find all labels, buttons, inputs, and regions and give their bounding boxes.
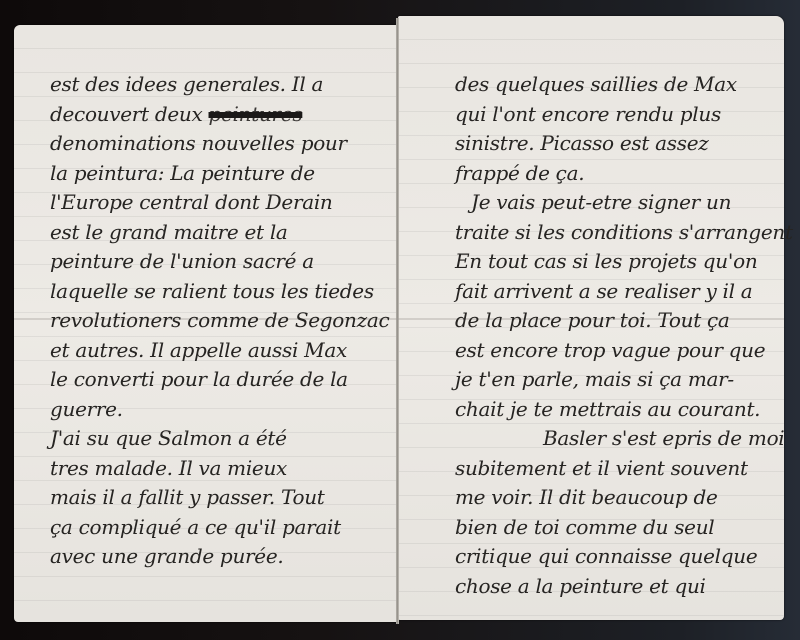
- handwritten-line: tres malade. Il va mieux: [50, 454, 400, 484]
- handwritten-line: critique qui connaisse quelque: [455, 542, 790, 572]
- right-page-handwriting: des quelques saillies de Max qui l'ont e…: [455, 70, 790, 601]
- handwritten-line: guerre.: [50, 395, 400, 425]
- handwritten-line: je t'en parle, mais si ça mar-: [455, 365, 790, 395]
- handwritten-line: est des idees generales. Il a: [50, 70, 400, 100]
- handwritten-line: subitement et il vient souvent: [455, 454, 790, 484]
- handwritten-line: frappé de ça.: [455, 159, 790, 189]
- handwritten-line: J'ai su que Salmon a été: [50, 424, 400, 454]
- handwritten-line: laquelle se ralient tous les tiedes: [50, 277, 400, 307]
- handwritten-line: est le grand maitre et la: [50, 218, 400, 248]
- handwritten-line: En tout cas si les projets qu'on: [455, 247, 790, 277]
- handwritten-line: denominations nouvelles pour: [50, 129, 400, 159]
- handwritten-line: mais il a fallit y passer. Tout: [50, 483, 400, 513]
- handwritten-line: traite si les conditions s'arrangent: [455, 218, 790, 248]
- handwritten-line: revolutioners comme de Segonzac: [50, 306, 400, 336]
- handwritten-line: me voir. Il dit beaucoup de: [455, 483, 790, 513]
- handwritten-line: chose a la peinture et qui: [455, 572, 790, 602]
- handwritten-line: Basler s'est epris de moi: [455, 424, 790, 454]
- handwritten-line: sinistre. Picasso est assez: [455, 129, 790, 159]
- handwritten-line: qui l'ont encore rendu plus: [455, 100, 790, 130]
- handwritten-line-text: decouvert deux: [50, 102, 202, 126]
- handwritten-line: ça compliqué a ce qu'il parait: [50, 513, 400, 543]
- handwritten-line: des quelques saillies de Max: [455, 70, 790, 100]
- handwritten-line: peinture de l'union sacré a: [50, 247, 400, 277]
- left-page-handwriting: est des idees generales. Il a decouvert …: [50, 70, 400, 572]
- handwritten-line: decouvert deux peintures: [50, 100, 400, 130]
- handwritten-line: Je vais peut-etre signer un: [455, 188, 790, 218]
- handwritten-line: est encore trop vague pour que: [455, 336, 790, 366]
- handwritten-line: fait arrivent a se realiser y il a: [455, 277, 790, 307]
- handwritten-line: le converti pour la durée de la: [50, 365, 400, 395]
- handwritten-line: de la place pour toi. Tout ça: [455, 306, 790, 336]
- handwritten-line: chait je te mettrais au courant.: [455, 395, 790, 425]
- handwritten-line: l'Europe central dont Derain: [50, 188, 400, 218]
- handwritten-line: avec une grande purée.: [50, 542, 400, 572]
- handwritten-line: et autres. Il appelle aussi Max: [50, 336, 400, 366]
- struck-out-word: peintures: [209, 102, 303, 126]
- handwritten-line: la peintura: La peinture de: [50, 159, 400, 189]
- handwritten-line: bien de toi comme du seul: [455, 513, 790, 543]
